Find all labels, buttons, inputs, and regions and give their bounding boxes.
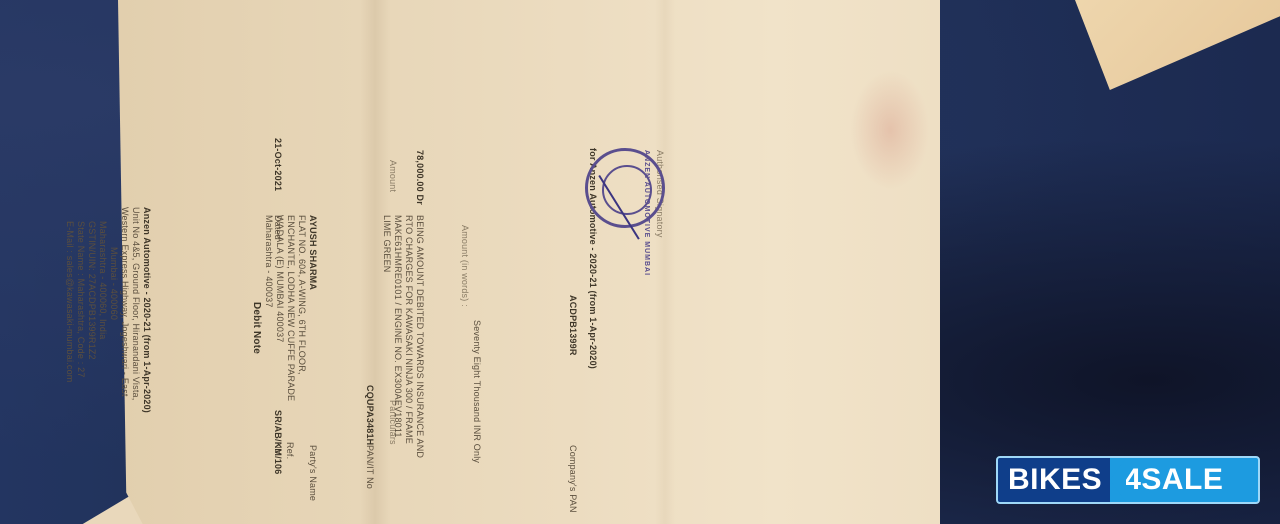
company-pan-label: Company's PAN bbox=[567, 445, 578, 513]
address-line: Unit No 4&5, Ground Floor, Hiranandani V… bbox=[130, 207, 141, 413]
address-line: Maharashtra - 400037 bbox=[263, 215, 274, 401]
ref-label: Ref. bbox=[284, 442, 295, 459]
pan-label: PAN/IT No bbox=[364, 445, 375, 489]
party-label: Party's Name bbox=[307, 445, 318, 501]
company-name: Anzen Automotive - 2020-21 (from 1-Apr-2… bbox=[141, 207, 152, 413]
address-line: FLAT NO. 604, A-WING, 6TH FLOOR, bbox=[296, 215, 307, 401]
particulars-line: BEING AMOUNT DEBITED TOWARDS INSURANCE A… bbox=[414, 215, 425, 458]
pan-value: CQUPA3481H bbox=[364, 385, 375, 445]
light-glare bbox=[850, 70, 930, 190]
company-pan-value: ACDPB1399R bbox=[567, 295, 578, 356]
particulars-line: RTO CHARGES FOR KAWASAKI NINJA 300 / FRA… bbox=[403, 215, 414, 458]
address-line: Western Express Highway, Jogeshwari - Ea… bbox=[119, 207, 130, 413]
particulars-line: LIME GREEN bbox=[381, 215, 392, 458]
address-line: Maharashtra - 400060, India bbox=[97, 207, 108, 413]
company-header: Anzen Automotive - 2020-21 (from 1-Apr-2… bbox=[64, 207, 152, 413]
dated-value: 21-Oct-2021 bbox=[272, 138, 283, 191]
bikes4sale-watermark: BIKES 4SALE bbox=[996, 456, 1260, 504]
party-address: AYUSH SHARMA FLAT NO. 604, A-WING, 6TH F… bbox=[263, 215, 318, 401]
party-name: AYUSH SHARMA bbox=[307, 215, 318, 401]
particulars-line: MAKE61HMRE0101 / ENGINE NO. EX300AEV1801… bbox=[392, 215, 403, 458]
address-line: Mumbai - 400060 bbox=[108, 207, 119, 413]
document-title: Debit Note bbox=[251, 302, 262, 354]
email: E-Mail : sales@kawasaki-mumbai.com bbox=[64, 207, 75, 413]
debit-note-paper bbox=[118, 0, 940, 524]
address-line: ENCHANTE, LODHA NEW CUFFE PARADE bbox=[285, 215, 296, 401]
gstin: GSTIN/UIN: 27ACDPB1399R1Z2 bbox=[86, 207, 97, 413]
state-name: State Name : Maharashtra, Code : 27 bbox=[75, 207, 86, 413]
amount-value: 78,000.00 Dr bbox=[414, 150, 425, 205]
stamp-text: ANZEN AUTOMOTIVE MUMBAI bbox=[643, 150, 650, 276]
paper-fold bbox=[655, 0, 675, 524]
watermark-right: 4SALE bbox=[1110, 458, 1223, 502]
amount-in-words: Seventy Eight Thousand INR Only bbox=[471, 320, 482, 463]
watermark-left: BIKES bbox=[998, 458, 1110, 502]
no-value: SR/AB/KM/106 bbox=[272, 410, 283, 474]
amount-header: Amount bbox=[387, 160, 398, 192]
address-line: WADALA (E) MUMBAI 400037 bbox=[274, 215, 285, 401]
particulars-body: BEING AMOUNT DEBITED TOWARDS INSURANCE A… bbox=[381, 215, 425, 458]
amount-in-words-label: Amount (in words) : bbox=[459, 225, 470, 307]
